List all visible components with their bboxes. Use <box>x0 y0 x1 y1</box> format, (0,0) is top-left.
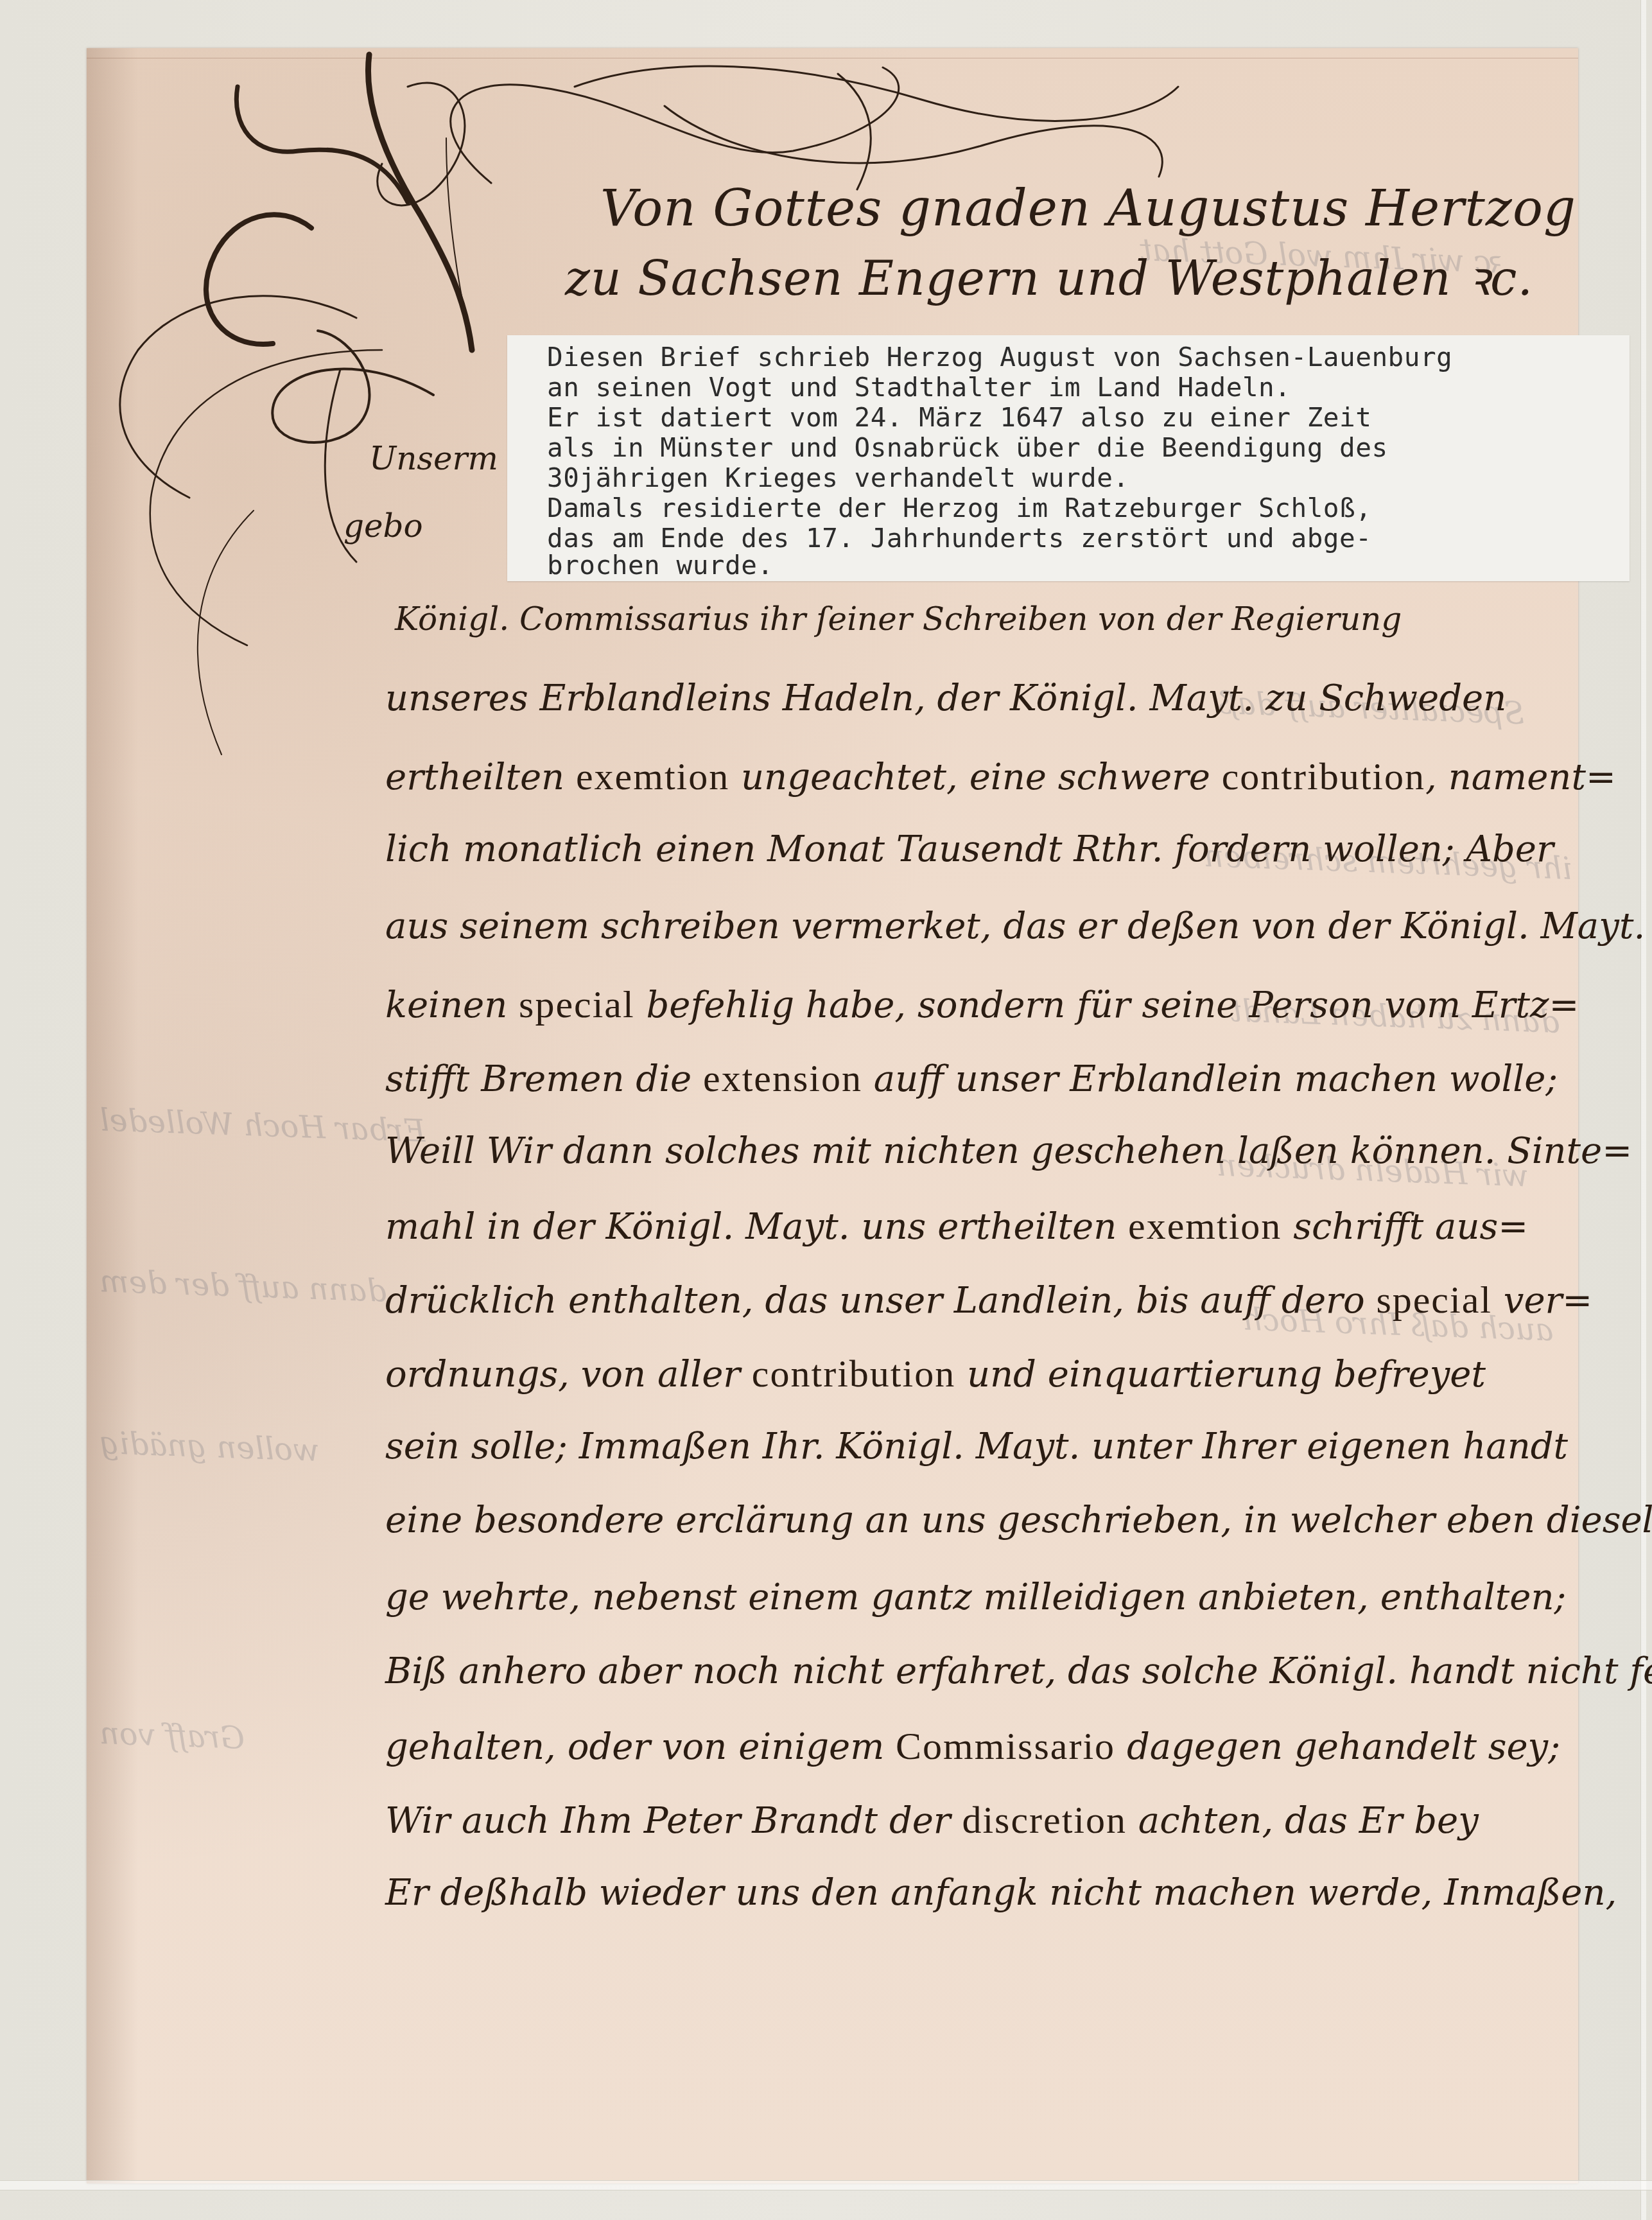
latin-term: Commissario <box>896 1725 1115 1767</box>
body-text: dagegen gehandelt sey; <box>1115 1726 1560 1768</box>
body-text: Wir auch Ihm Peter Brandt der <box>385 1800 962 1842</box>
body-line: Biß anhero aber noch nicht erfahret, das… <box>385 1650 1652 1692</box>
body-line: Wir auch Ihm Peter Brandt der discretion… <box>385 1798 1479 1842</box>
body-line: stifft Bremen die extension auff unser E… <box>385 1056 1558 1101</box>
body-text: achten, das Er bey <box>1127 1800 1479 1842</box>
body-text: befehlig habe, sondern für seine Person … <box>635 984 1579 1026</box>
body-line: unseres Erblandleins Hadeln, der Königl.… <box>385 677 1506 719</box>
body-line: Er deßhalb wieder uns den anfangk nicht … <box>385 1872 1617 1914</box>
body-line: ordnungs, von aller contribution und ein… <box>385 1352 1486 1396</box>
letter-heading-line-1: Von Gottes gnaden Augustus Hertzog <box>600 180 1576 238</box>
body-line: gebo <box>343 507 423 545</box>
body-text: auff unser Erblandlein machen wolle; <box>862 1058 1558 1100</box>
body-text: ver= <box>1492 1280 1592 1322</box>
bleed-through-text: dann auff der dem <box>99 1263 387 1309</box>
body-line: keinen special befehlig habe, sondern fü… <box>385 983 1579 1027</box>
body-line: lich monatlich einen Monat Tausendt Rthr… <box>385 828 1554 870</box>
body-line: eine besondere erclärung an uns geschrie… <box>385 1499 1652 1541</box>
label-line: 30jährigen Krieges verhandelt wurde. <box>547 462 1129 493</box>
latin-term: special <box>519 983 635 1026</box>
sleeve-edge-bottom <box>0 2180 1652 2190</box>
bleed-through-text: Erbar Hoch Wolledel <box>99 1102 426 1149</box>
body-line: Weill Wir dann solches mit nichten gesch… <box>385 1130 1632 1172</box>
body-text: gehalten, oder von einigem <box>385 1726 896 1768</box>
latin-term: discretion <box>962 1799 1127 1841</box>
latin-term: exemtion <box>1128 1205 1282 1247</box>
body-text: ungeachtet, eine schwere <box>729 756 1222 798</box>
body-line: Königl. Commissarius ihr ſeiner Schreibe… <box>395 600 1402 638</box>
body-line: sein solle; Immaßen Ihr. Königl. Mayt. u… <box>385 1426 1568 1467</box>
body-line: aus seinem schreiben vermerket, das er d… <box>385 905 1645 947</box>
latin-term: exemtion <box>576 755 729 798</box>
bleed-through-text: Graff von <box>99 1715 245 1756</box>
bleed-through-text: wollen gnädig <box>99 1425 320 1469</box>
body-text: und einquartierung befreyet <box>955 1354 1486 1395</box>
typed-description-label: Diesen Brief schrieb Herzog August von S… <box>507 335 1630 581</box>
latin-term: contribution <box>752 1352 955 1395</box>
body-text: mahl in der Königl. Mayt. uns ertheilten <box>385 1206 1128 1248</box>
label-line: Er ist datiert vom 24. März 1647 also zu… <box>547 402 1371 433</box>
body-text: drücklich enthalten, das unser Landlein,… <box>385 1280 1376 1322</box>
label-line: an seinen Vogt und Stadthalter im Land H… <box>547 372 1291 403</box>
body-text: schrifft aus= <box>1282 1206 1528 1248</box>
latin-term: special <box>1376 1279 1492 1321</box>
label-line: Diesen Brief schrieb Herzog August von S… <box>547 342 1452 372</box>
body-line: Unserm <box>369 440 498 477</box>
label-line: das am Ende des 17. Jahrhunderts zerstör… <box>547 523 1371 554</box>
body-line: drücklich enthalten, das unser Landlein,… <box>385 1278 1592 1322</box>
body-line: ertheilten exemtion ungeachtet, eine sch… <box>385 755 1616 799</box>
body-line: mahl in der Königl. Mayt. uns ertheilten… <box>385 1204 1528 1248</box>
body-text: , nament= <box>1425 756 1616 798</box>
body-text: stifft Bremen die <box>385 1058 703 1100</box>
body-text: ertheilten <box>385 756 576 798</box>
letter-heading-line-2: zu Sachsen Engern und Westphalen ꝛc. <box>565 244 1533 309</box>
paper-top-fold <box>87 58 1578 58</box>
body-line: ge wehrte, nebenst einem gantz milleidig… <box>385 1577 1566 1618</box>
body-line: gehalten, oder von einigem Commissario d… <box>385 1724 1560 1769</box>
label-line: Damals residierte der Herzog im Ratzebur… <box>547 493 1371 523</box>
label-line: brochen wurde. <box>547 550 774 581</box>
sleeve-edge-right <box>1640 0 1646 2220</box>
body-text: ordnungs, von aller <box>385 1354 752 1395</box>
latin-term: contribution <box>1222 755 1425 798</box>
latin-term: extension <box>703 1057 862 1099</box>
body-text: keinen <box>385 984 519 1026</box>
label-line: als in Münster und Osnabrück über die Be… <box>547 432 1388 463</box>
